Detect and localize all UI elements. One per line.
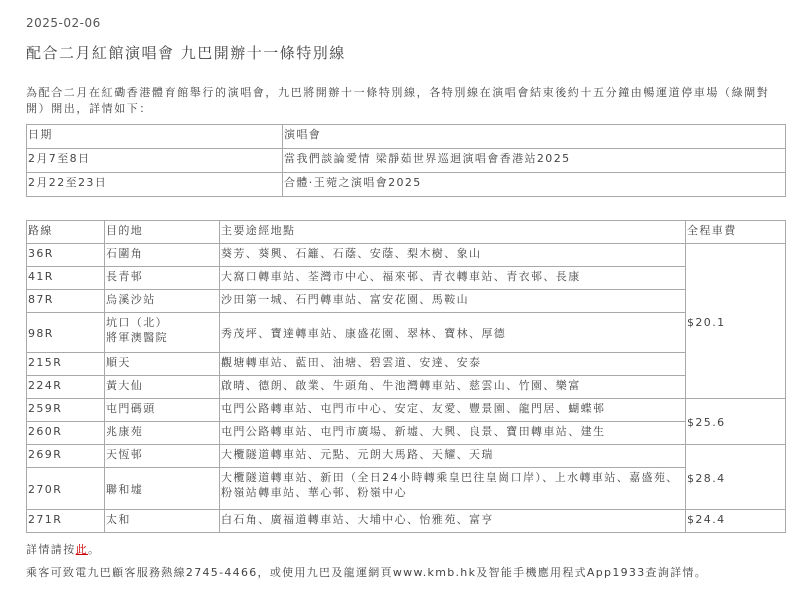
route-fare: $28.4	[686, 445, 786, 510]
route-destination: 烏溪沙站	[105, 290, 220, 313]
column-header-fare: 全程車費	[686, 221, 786, 244]
column-header-destination: 目的地	[105, 221, 220, 244]
destination-line: 坑口（北）	[106, 315, 218, 330]
table-row: 2月22至23日 合體‧王菀之演唱會2025	[27, 173, 786, 197]
details-prefix: 詳情請按	[26, 543, 76, 556]
table-row: 259R 屯門碼頭 屯門公路轉車站、屯門市中心、安定、友愛、豐景園、龍門居、蝴蝶…	[27, 399, 786, 422]
route-via: 屯門公路轉車站、屯門市廣場、新墟、大興、良景、寶田轉車站、建生	[220, 422, 686, 445]
table-row: 41R 長青邨 大窩口轉車站、荃灣市中心、福來邨、青衣轉車站、青衣邨、長康	[27, 267, 786, 290]
column-header-date: 日期	[27, 125, 283, 149]
route-via: 大窩口轉車站、荃灣市中心、福來邨、青衣轉車站、青衣邨、長康	[220, 267, 686, 290]
table-row: 215R 順天 觀塘轉車站、藍田、油塘、碧雲道、安達、安泰	[27, 353, 786, 376]
route-destination: 聯和墟	[105, 468, 220, 510]
route-destination: 屯門碼頭	[105, 399, 220, 422]
route-fare: $20.1	[686, 244, 786, 399]
route-destination: 太和	[105, 510, 220, 533]
intro-paragraph: 為配合二月在紅磡香港體育館舉行的演唱會，九巴將開辦十一條特別線，各特別線在演唱會…	[26, 85, 784, 117]
table-row: 271R 太和 白石角、廣福道轉車站、大埔中心、怡雅苑、富亨 $24.4	[27, 510, 786, 533]
column-header-via: 主要途經地點	[220, 221, 686, 244]
destination-line: 將軍澳醫院	[106, 330, 218, 345]
concert-date: 2月7至8日	[27, 149, 283, 173]
route-number: 270R	[27, 468, 105, 510]
concert-date: 2月22至23日	[27, 173, 283, 197]
route-via: 葵芳、葵興、石籬、石蔭、安蔭、梨木樹、象山	[220, 244, 686, 267]
route-via: 大欖隧道轉車站、新田（全日24小時轉乘皇巴往皇崗口岸）、上水轉車站、嘉盛苑、粉嶺…	[220, 468, 686, 510]
route-destination: 石圍角	[105, 244, 220, 267]
route-number: 36R	[27, 244, 105, 267]
route-number: 87R	[27, 290, 105, 313]
route-destination: 長青邨	[105, 267, 220, 290]
table-row: 270R 聯和墟 大欖隧道轉車站、新田（全日24小時轉乘皇巴往皇崗口岸）、上水轉…	[27, 468, 786, 510]
route-number: 41R	[27, 267, 105, 290]
column-header-route: 路線	[27, 221, 105, 244]
contact-note: 乘客可致電九巴顧客服務熱線2745-4466，或使用九巴及龍運網頁www.kmb…	[26, 564, 707, 580]
route-number: 98R	[27, 313, 105, 353]
table-row: 260R 兆康苑 屯門公路轉車站、屯門市廣場、新墟、大興、良景、寶田轉車站、建生	[27, 422, 786, 445]
route-via: 啟晴、德朗、啟業、牛頭角、牛池灣轉車站、慈雲山、竹園、樂富	[220, 376, 686, 399]
table-header-row: 路線 目的地 主要途經地點 全程車費	[27, 221, 786, 244]
route-via: 屯門公路轉車站、屯門市中心、安定、友愛、豐景園、龍門居、蝴蝶邨	[220, 399, 686, 422]
route-via: 觀塘轉車站、藍田、油塘、碧雲道、安達、安泰	[220, 353, 686, 376]
details-suffix: 。	[88, 543, 100, 556]
table-row: 2月7至8日 當我們談論愛情 梁靜茹世界巡迴演唱會香港站2025	[27, 149, 786, 173]
concerts-table: 日期 演唱會 2月7至8日 當我們談論愛情 梁靜茹世界巡迴演唱會香港站2025 …	[26, 124, 786, 197]
route-number: 224R	[27, 376, 105, 399]
table-row: 87R 烏溪沙站 沙田第一城、石門轉車站、富安花園、馬鞍山	[27, 290, 786, 313]
route-fare: $25.6	[686, 399, 786, 445]
details-note: 詳情請按此。	[26, 541, 100, 557]
route-via: 秀茂坪、寶達轉車站、康盛花園、翠林、寶林、厚德	[220, 313, 686, 353]
route-destination: 坑口（北） 將軍澳醫院	[105, 313, 220, 353]
details-link[interactable]: 此	[76, 543, 88, 556]
route-destination: 兆康苑	[105, 422, 220, 445]
table-row: 269R 天恆邨 大欖隧道轉車站、元點、元朗大馬路、天耀、天瑞 $28.4	[27, 445, 786, 468]
table-header-row: 日期 演唱會	[27, 125, 786, 149]
table-row: 98R 坑口（北） 將軍澳醫院 秀茂坪、寶達轉車站、康盛花園、翠林、寶林、厚德	[27, 313, 786, 353]
table-row: 224R 黃大仙 啟晴、德朗、啟業、牛頭角、牛池灣轉車站、慈雲山、竹園、樂富	[27, 376, 786, 399]
route-via: 沙田第一城、石門轉車站、富安花園、馬鞍山	[220, 290, 686, 313]
route-destination: 順天	[105, 353, 220, 376]
route-destination: 天恆邨	[105, 445, 220, 468]
route-number: 260R	[27, 422, 105, 445]
route-number: 259R	[27, 399, 105, 422]
column-header-concert: 演唱會	[283, 125, 786, 149]
route-number: 271R	[27, 510, 105, 533]
route-fare: $24.4	[686, 510, 786, 533]
route-via: 大欖隧道轉車站、元點、元朗大馬路、天耀、天瑞	[220, 445, 686, 468]
publish-date: 2025-02-06	[26, 16, 101, 30]
routes-table: 路線 目的地 主要途經地點 全程車費 36R 石圍角 葵芳、葵興、石籬、石蔭、安…	[26, 220, 786, 533]
route-via: 白石角、廣福道轉車站、大埔中心、怡雅苑、富亨	[220, 510, 686, 533]
table-row: 36R 石圍角 葵芳、葵興、石籬、石蔭、安蔭、梨木樹、象山 $20.1	[27, 244, 786, 267]
route-number: 215R	[27, 353, 105, 376]
concert-name: 當我們談論愛情 梁靜茹世界巡迴演唱會香港站2025	[283, 149, 786, 173]
page-title: 配合二月紅館演唱會 九巴開辦十一條特別線	[26, 42, 346, 63]
route-destination: 黃大仙	[105, 376, 220, 399]
concert-name: 合體‧王菀之演唱會2025	[283, 173, 786, 197]
route-number: 269R	[27, 445, 105, 468]
